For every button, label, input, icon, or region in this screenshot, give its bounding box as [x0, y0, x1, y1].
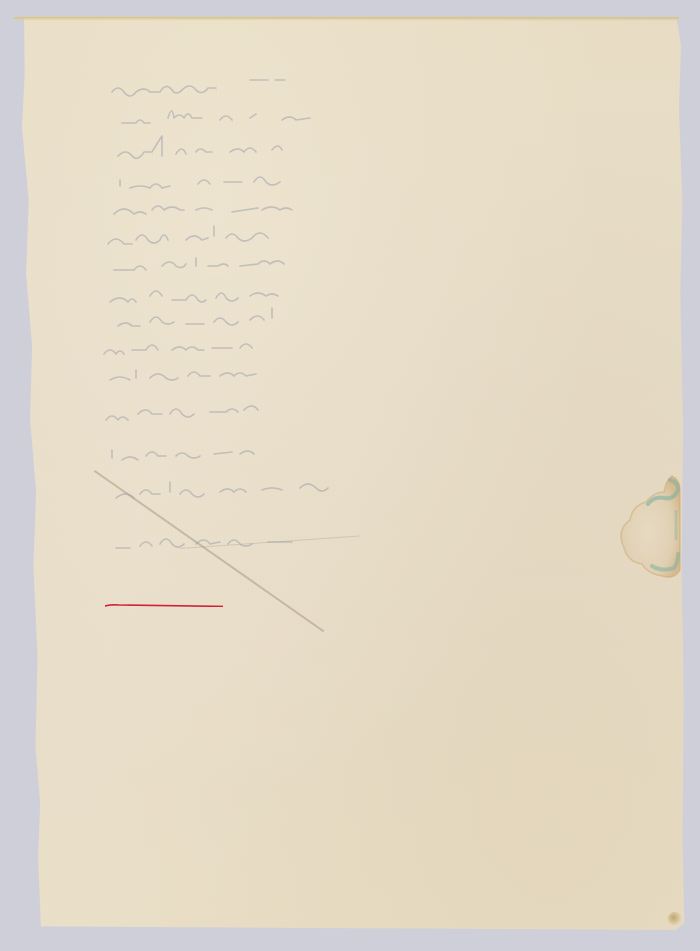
paper-worn-corner	[668, 912, 682, 926]
paper-yellowed-top-edge	[14, 17, 679, 21]
paper-sheet	[14, 18, 685, 930]
red-ink-underline	[105, 604, 223, 607]
scanned-document: Back of a handwritten page: faint mirror…	[0, 0, 700, 951]
water-stain	[612, 470, 684, 582]
